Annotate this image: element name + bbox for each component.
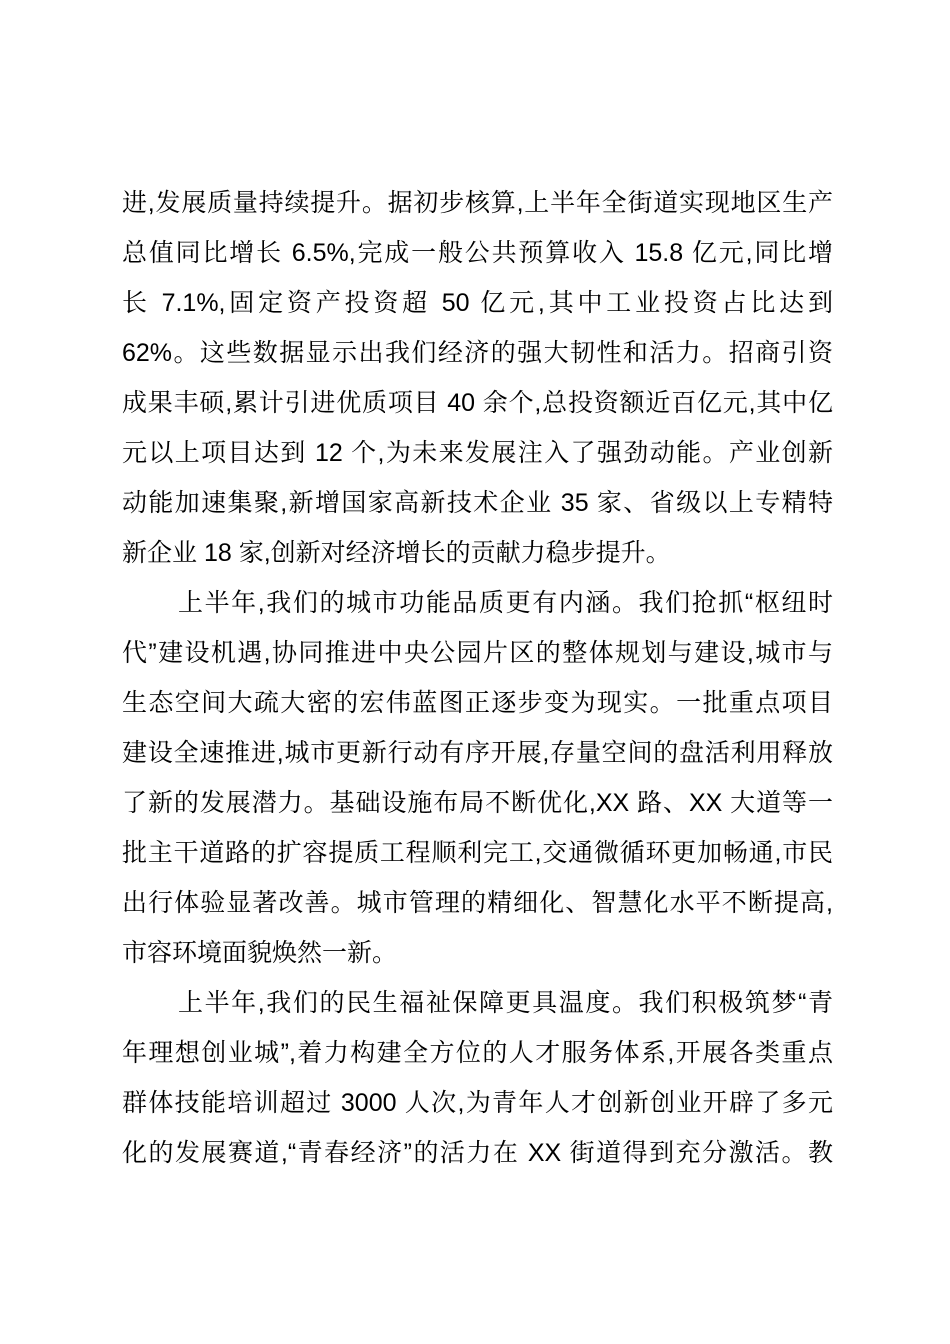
text-line: 长 7.1%,固定资产投资超 50 亿元,其中工业投资占比达到 bbox=[122, 278, 833, 328]
text-line: 进,发展质量持续提升。据初步核算,上半年全街道实现地区生产 bbox=[122, 178, 833, 228]
paragraph: 进,发展质量持续提升。据初步核算,上半年全街道实现地区生产总值同比增长 6.5%… bbox=[122, 178, 833, 578]
text-line: 化的发展赛道,“青春经济”的活力在 XX 街道得到充分激活。教 bbox=[122, 1128, 833, 1178]
paragraph: 上半年,我们的城市功能品质更有内涵。我们抢抓“枢纽时代”建设机遇,协同推进中央公… bbox=[122, 578, 833, 978]
text-line: 动能加速集聚,新增国家高新技术企业 35 家、省级以上专精特 bbox=[122, 478, 833, 528]
text-line: 成果丰硕,累计引进优质项目 40 余个,总投资额近百亿元,其中亿 bbox=[122, 378, 833, 428]
text-line: 代”建设机遇,协同推进中央公园片区的整体规划与建设,城市与 bbox=[122, 628, 833, 678]
text-line: 出行体验显著改善。城市管理的精细化、智慧化水平不断提高, bbox=[122, 878, 833, 928]
document-body: 进,发展质量持续提升。据初步核算,上半年全街道实现地区生产总值同比增长 6.5%… bbox=[122, 178, 833, 1178]
text-line: 元以上项目达到 12 个,为未来发展注入了强劲动能。产业创新 bbox=[122, 428, 833, 478]
text-line: 62%。这些数据显示出我们经济的强大韧性和活力。招商引资 bbox=[122, 328, 833, 378]
paragraph: 上半年,我们的民生福祉保障更具温度。我们积极筑梦“青年理想创业城”,着力构建全方… bbox=[122, 978, 833, 1178]
document-page: 进,发展质量持续提升。据初步核算,上半年全街道实现地区生产总值同比增长 6.5%… bbox=[0, 0, 950, 1344]
text-line: 群体技能培训超过 3000 人次,为青年人才创新创业开辟了多元 bbox=[122, 1078, 833, 1128]
text-line: 上半年,我们的城市功能品质更有内涵。我们抢抓“枢纽时 bbox=[122, 578, 833, 628]
text-line: 新企业 18 家,创新对经济增长的贡献力稳步提升。 bbox=[122, 528, 833, 578]
text-line: 市容环境面貌焕然一新。 bbox=[122, 928, 833, 978]
text-line: 总值同比增长 6.5%,完成一般公共预算收入 15.8 亿元,同比增 bbox=[122, 228, 833, 278]
text-line: 建设全速推进,城市更新行动有序开展,存量空间的盘活利用释放 bbox=[122, 728, 833, 778]
text-line: 年理想创业城”,着力构建全方位的人才服务体系,开展各类重点 bbox=[122, 1028, 833, 1078]
text-line: 上半年,我们的民生福祉保障更具温度。我们积极筑梦“青 bbox=[122, 978, 833, 1028]
text-line: 生态空间大疏大密的宏伟蓝图正逐步变为现实。一批重点项目 bbox=[122, 678, 833, 728]
text-line: 批主干道路的扩容提质工程顺利完工,交通微循环更加畅通,市民 bbox=[122, 828, 833, 878]
text-line: 了新的发展潜力。基础设施布局不断优化,XX 路、XX 大道等一 bbox=[122, 778, 833, 828]
